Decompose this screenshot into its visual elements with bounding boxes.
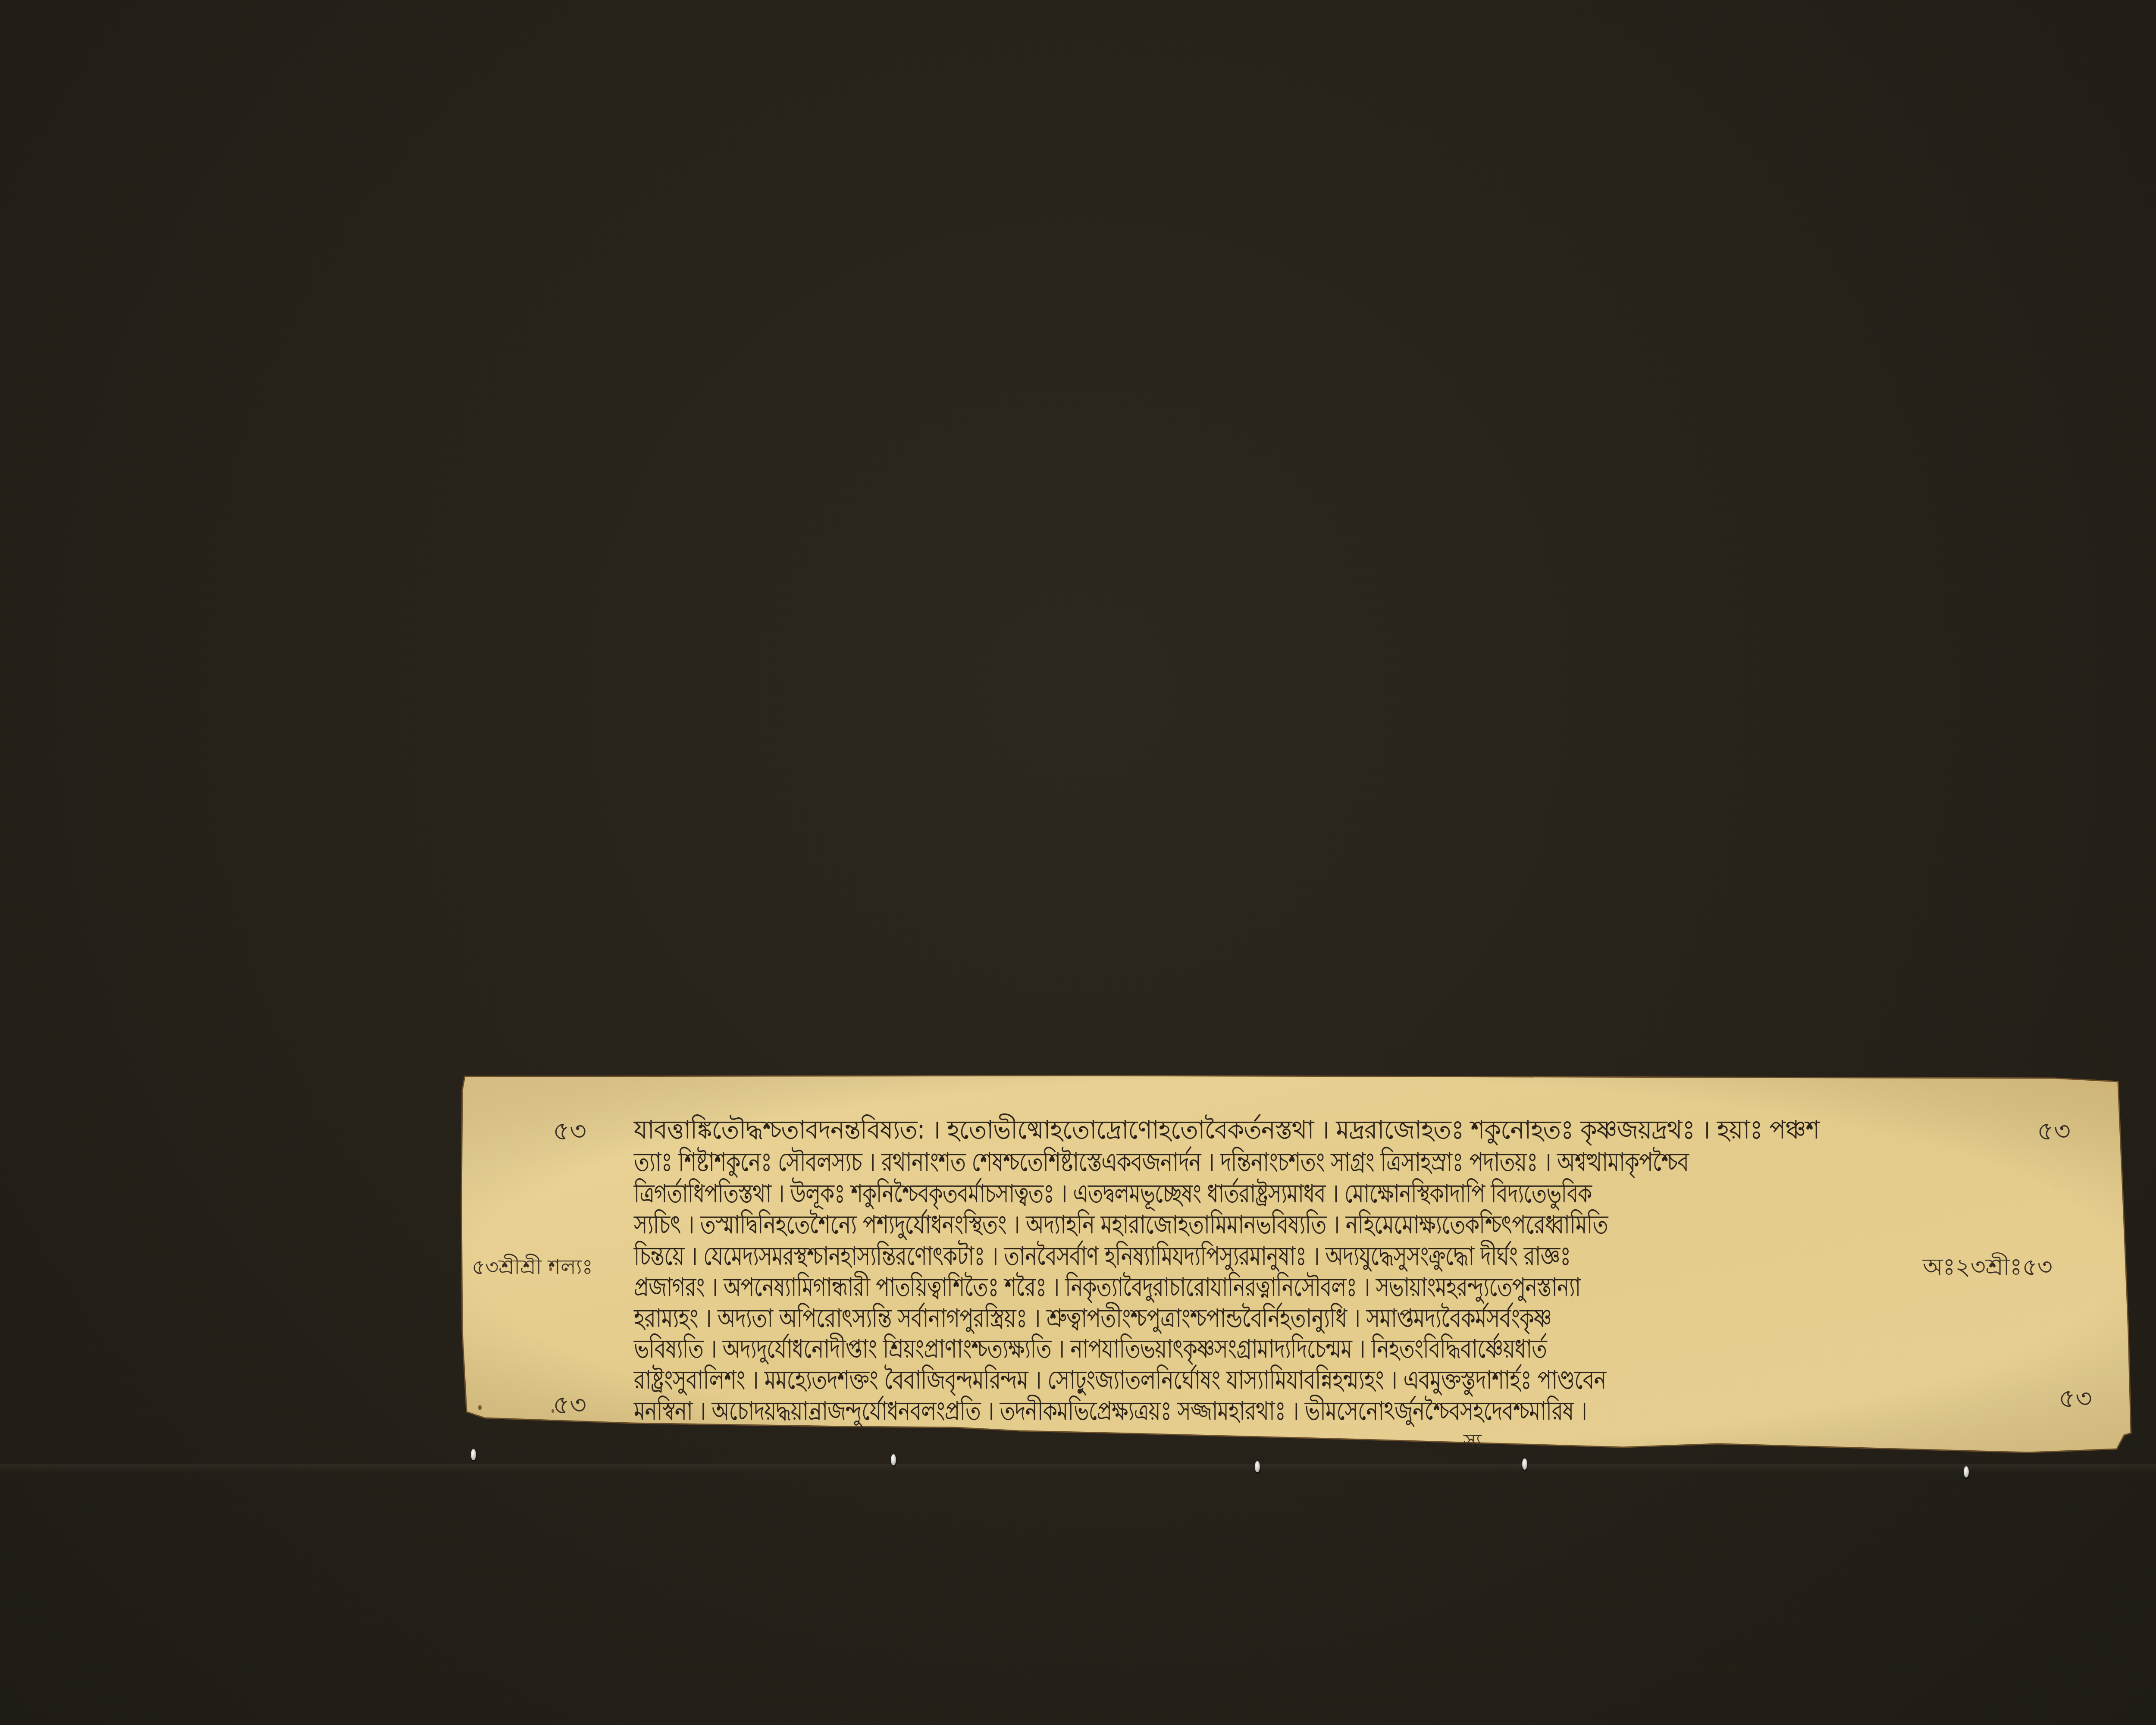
mounting-pin: [891, 1454, 896, 1465]
folio-number-left-bottom: ৫৩: [553, 1390, 586, 1420]
folio-title-left: ৫৩শ্রীশ্রী শল্যঃ: [472, 1252, 593, 1282]
text-line: ভবিষ্যতি । অদ্যদুর্যোধনোদীপ্তাং শ্রিয়ংপ…: [634, 1334, 1547, 1364]
text-line: ত্যাঃ শিষ্টাশকুনেঃ সৌবলস্যচ । রথানাংশত শ…: [634, 1147, 1689, 1177]
mounting-pin: [1255, 1461, 1260, 1472]
text-line: মনস্বিনা । অচোদয়দ্ধয়ান্রাজন্দুর্যোধনবল…: [634, 1396, 1587, 1426]
folio-title-right: অঃ২৩শ্রীঃ৫৩: [1923, 1252, 2053, 1282]
text-line: চিন্তয়ে । যেমেদ্যসমরস্থশ্চানহাস্যন্তিরণ…: [634, 1241, 1571, 1271]
text-line: যাবত্তাঙ্কিতৌদ্ধশ্চতাবদনন্তবিষ্যত: । হতো…: [634, 1115, 1819, 1145]
text-line: স্যচিৎ । তস্মাদ্বিনিহতেশৈন্যে পশ্যদুর্যো…: [634, 1210, 1608, 1240]
text-line: প্রজাগরং । অপনেষ্যামিগান্ধারী পাতয়িত্বা…: [634, 1272, 1580, 1302]
mounting-pin: [471, 1449, 476, 1460]
text-line: ত্রিগর্তাধিপতিস্তথা । উলূকঃ শকুনিশ্চৈবকৃ…: [634, 1179, 1592, 1209]
folio-number-right-top: ৫৩: [2037, 1116, 2071, 1146]
text-line: হরাম্যহং । অদ্যতা অপিরোৎস্যন্তি সর্বানাগ…: [634, 1303, 1551, 1333]
paper-stain: [478, 1405, 482, 1410]
folio-number-left-top: ৫৩: [553, 1116, 586, 1146]
interlinear-correction-mark: স্য: [1463, 1427, 1482, 1458]
text-line: রাষ্ট্রংসুবালিশং । মমহ্যেতদশক্তং বৈবাজিব…: [634, 1365, 1606, 1395]
manuscript-folio: ৫৩ ৫৩শ্রীশ্রী শল্যঃ ৫৩ ৫৩ অঃ২৩শ্রীঃ৫৩ ৫৩…: [459, 1073, 2139, 1461]
board-seam: [0, 1464, 2156, 1473]
folio-number-right-bottom: ৫৩: [2059, 1383, 2092, 1414]
mounting-pin: [1964, 1466, 1969, 1477]
mounting-pin: [1522, 1458, 1527, 1470]
